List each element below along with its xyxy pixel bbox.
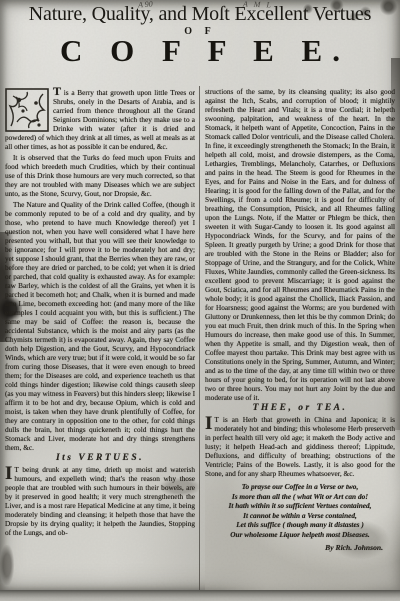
broadside-paper-scan: A 90 A M L Nature, Quality, and Moſt Exc… [0, 0, 400, 590]
verse-line: To prayse our Coffee in a Verse or two, [205, 482, 395, 492]
paragraph-nature-quality: The Nature and Quality of the Drink call… [5, 200, 195, 452]
tea-heading: THEE, or TEA. [205, 404, 395, 413]
paragraph-vertues: IT being drunk at any time, drieth up mo… [5, 465, 195, 537]
paragraph-berry: T is a Berry that groweth upon little Tr… [5, 87, 195, 151]
verse-line: It hath within it so sufficient Vertues … [205, 501, 395, 511]
title-line: Nature, Quality, and Moſt Excellent Vert… [0, 3, 400, 26]
vertues-heading: Its VERTUES. [5, 454, 195, 463]
page-bottom-edge-shadow [0, 590, 400, 601]
paragraph-turks: It is observed that the Turks do feed mu… [5, 153, 195, 198]
verse-line: Let this suffice ( though many it distas… [205, 520, 395, 530]
right-text-column: structions of the same, by its cleansing… [205, 87, 395, 601]
author-signature: By Rich. Johnson. [205, 543, 395, 552]
column-rule [199, 86, 200, 601]
ornamental-initial-woodcut [5, 88, 49, 132]
verse-line: Is more than all the ( what Wit or Art c… [205, 492, 395, 502]
left-text-column: T is a Berry that groweth upon little Tr… [5, 87, 195, 601]
verse-line: Our wholesome Liquor helpeth most Diseas… [205, 530, 395, 540]
vertues-dropcap: I [5, 466, 12, 482]
tea-dropcap: I [205, 416, 212, 432]
paragraph-tea-text: T is an Herb that groweth in China and J… [205, 415, 395, 478]
paragraph-tea: IT is an Herb that groweth in China and … [205, 415, 395, 478]
verse-line: It cannot be within a Verse contained, [205, 511, 395, 521]
paragraph-vertues-continued: structions of the same, by its cleansing… [205, 87, 395, 402]
title-coffee: C O F F E E. [0, 33, 400, 69]
paragraph-vertues-text: T being drunk at any time, drieth up moi… [5, 465, 195, 537]
closing-verse: To prayse our Coffee in a Verse or two, … [205, 482, 395, 540]
